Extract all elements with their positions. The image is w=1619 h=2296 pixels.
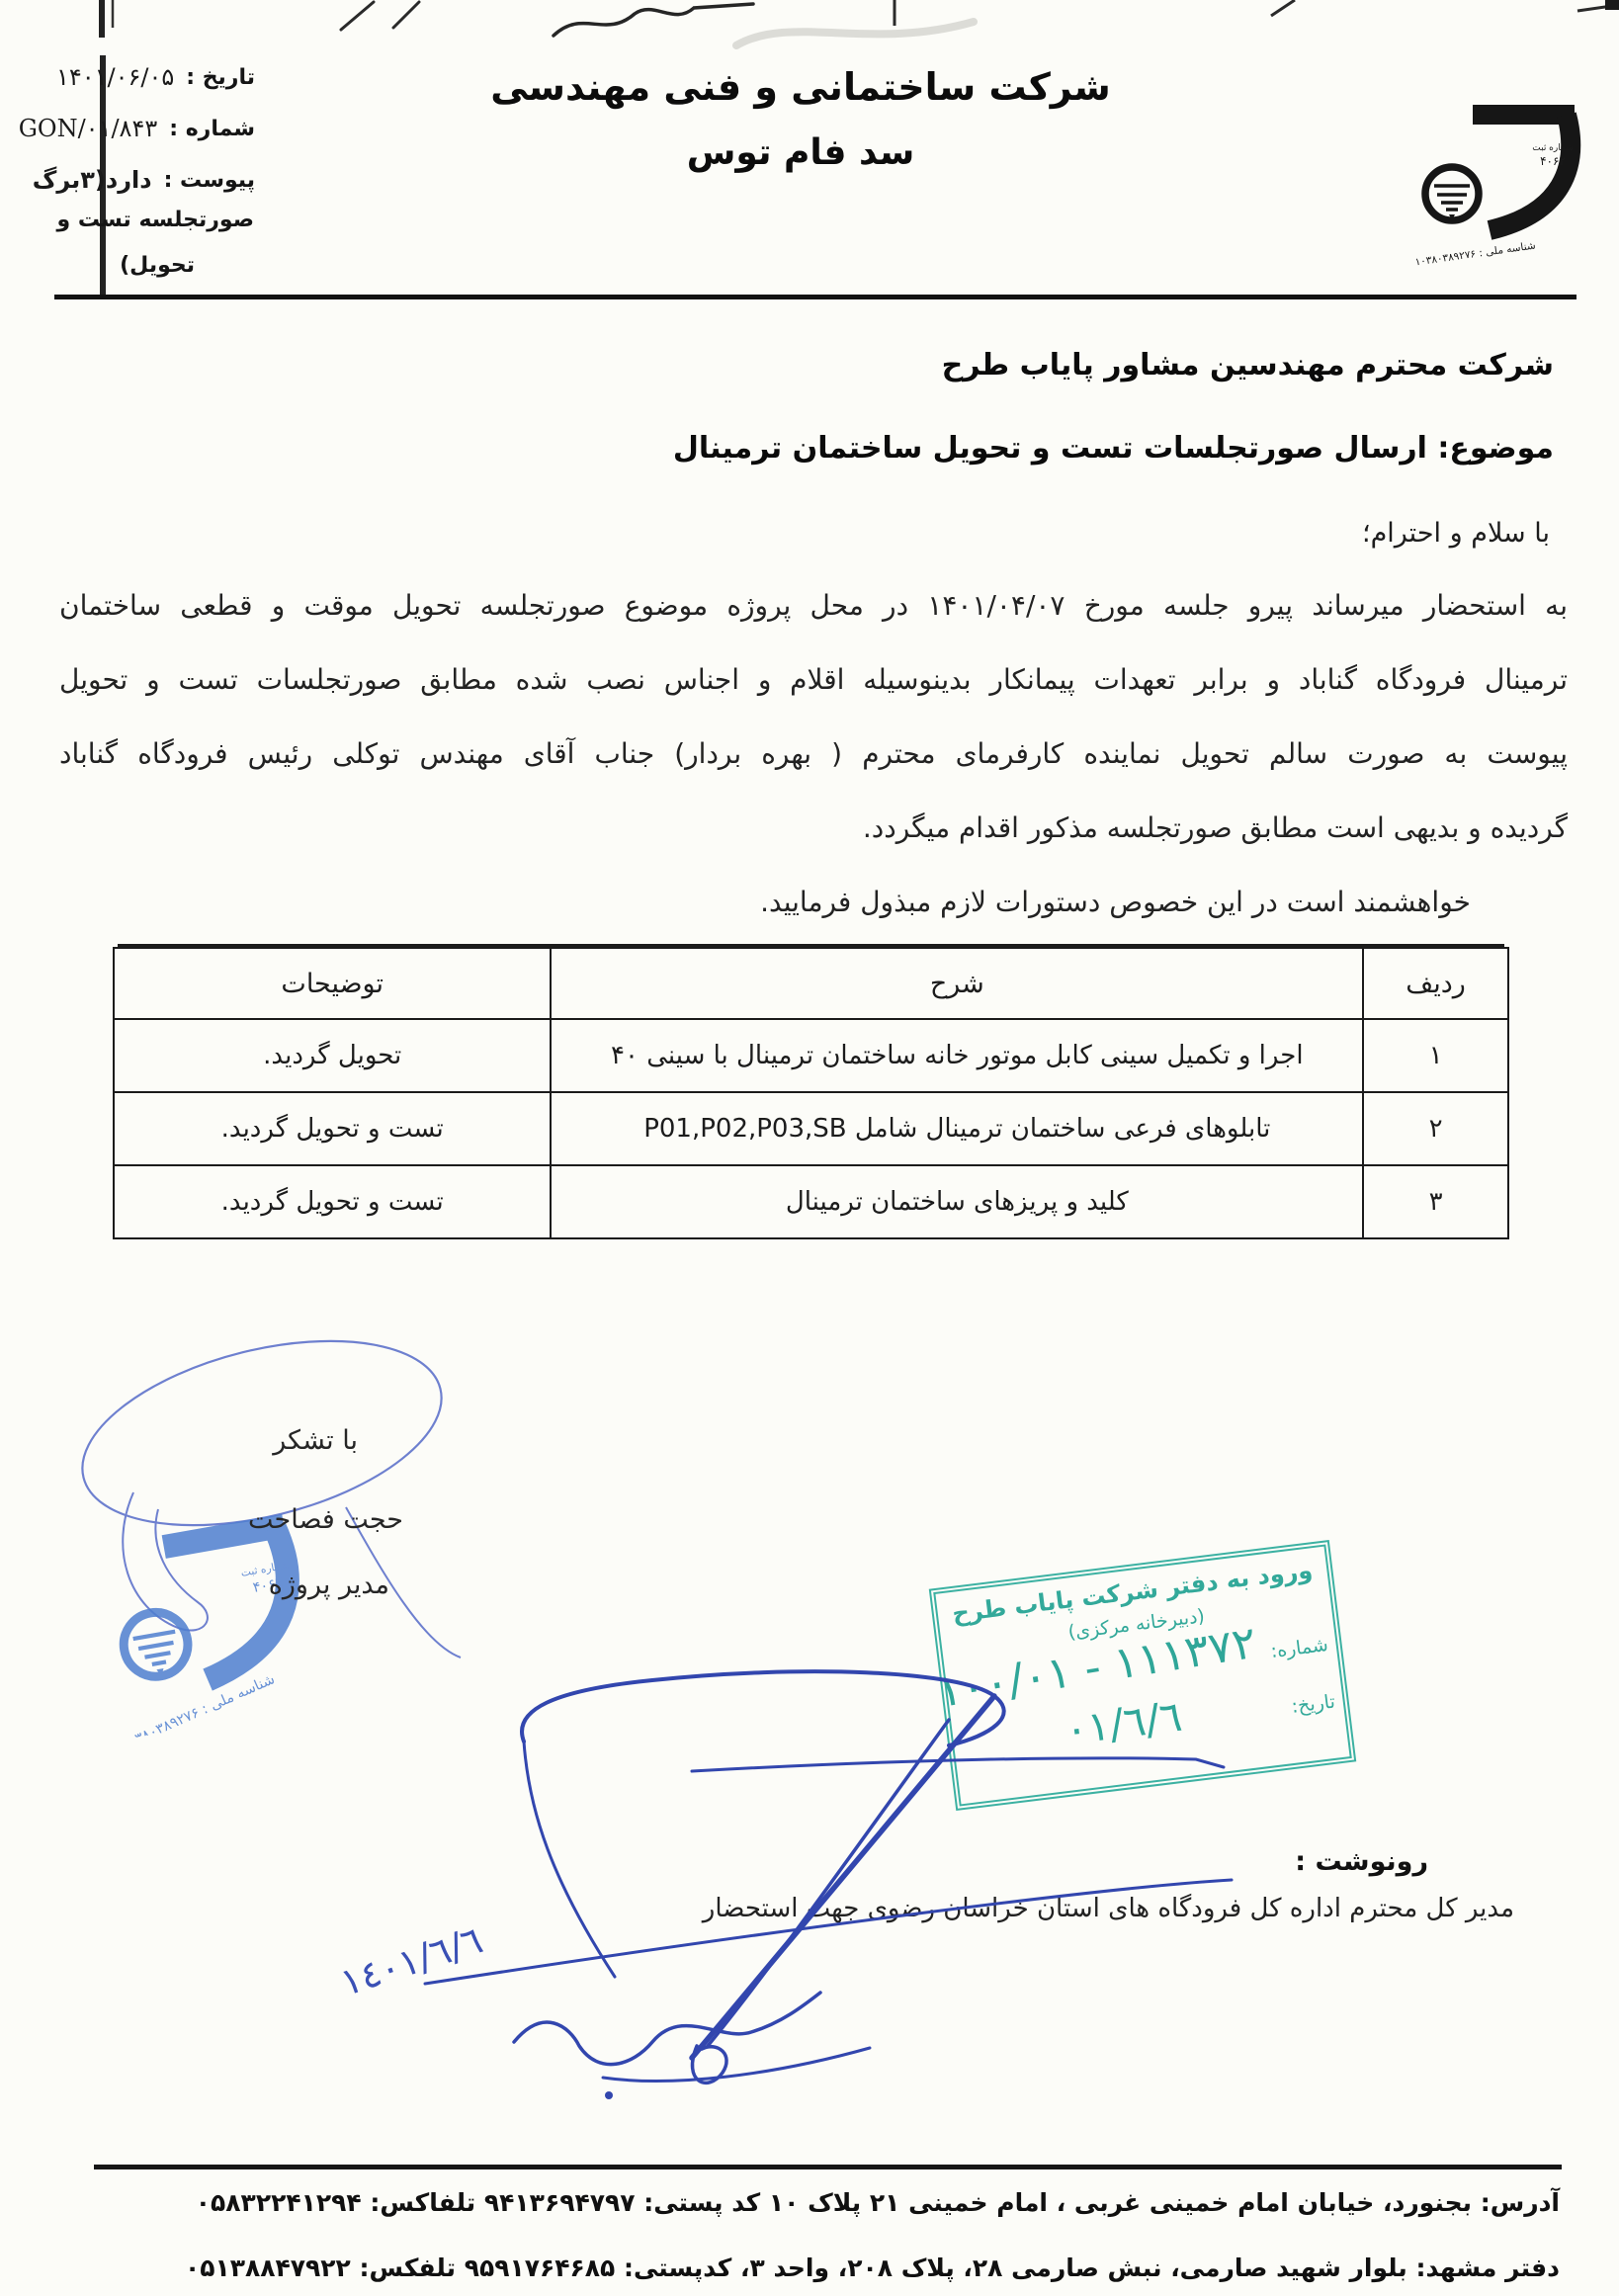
signatory-role: مدیر پروژه	[231, 1570, 389, 1600]
number-label: شماره :	[169, 117, 255, 141]
stamp-national-id: شناسه ملی : ۱۰۳۸۰۳۸۹۲۷۶	[119, 1671, 277, 1739]
company-name: شرکت ساختمانی و فنی مهندسی	[465, 65, 1137, 109]
entry-stamp-date-label: تاریخ:	[1290, 1691, 1336, 1718]
table-row: ۲ تابلوهای فرعی ساختمان ترمینال شامل P01…	[114, 1092, 1508, 1165]
attachment-continuation-1: صورتجلسه تست و	[74, 208, 254, 232]
number-value: GON/۰۱/۸۴۳	[19, 115, 157, 142]
closing-thanks: با تشکر	[249, 1425, 358, 1456]
svg-text:سد فام توس: سد فام توس	[1416, 51, 1422, 54]
table-row: ۳ کلید و پریزهای ساختمان ترمینال تست و ت…	[114, 1165, 1508, 1238]
header-divider-line	[54, 295, 1576, 299]
meta-row-attachment: پیوست : دارد(۳برگ	[18, 154, 255, 206]
logo-side-text: سد فام توس	[1416, 51, 1422, 54]
date-label: تاریخ :	[186, 65, 255, 90]
cell-description: اجرا و تکمیل سینی کابل موتور خانه ساختما…	[551, 1019, 1363, 1092]
meta-row-number: شماره : GON/۰۱/۸۴۳	[18, 103, 255, 154]
cell-description: کلید و پریزهای ساختمان ترمینال	[551, 1165, 1363, 1238]
signature-scribble-icon	[356, 1651, 1265, 2105]
body-line: به استحضار میرساند پیرو جلسه مورخ ۱۴۰۱/۰…	[59, 589, 1568, 622]
table-header-row: ردیف شرح توضیحات	[114, 948, 1508, 1019]
body-line: خواهشمند است در این خصوص دستورات لازم مب…	[59, 886, 1471, 918]
cell-row-number: ۲	[1363, 1092, 1508, 1165]
body-line: پیوست به صورت سالم تحویل نماینده کارفرما…	[59, 737, 1568, 770]
cell-description: تابلوهای فرعی ساختمان ترمینال شامل P01,P…	[551, 1092, 1363, 1165]
cell-notes: تست و تحویل گردید.	[114, 1092, 551, 1165]
company-logo-icon: شرکت ساختمانی و فنی مهندسی سد فام توس شم…	[1416, 51, 1616, 267]
recipient-line: شرکت محترم مهندسین مشاور پایاب طرح	[942, 348, 1554, 383]
footer-address-bojnord: آدرس: بجنورد، خیابان امام خمینی غربی ، ا…	[196, 2188, 1560, 2217]
date-value: ۱۴۰۱/۰۶/۰۵	[56, 63, 174, 91]
items-table: ردیف شرح توضیحات ۱ اجرا و تکمیل سینی کاب…	[113, 947, 1509, 1239]
meta-row-date: تاریخ : ۱۴۰۱/۰۶/۰۵	[18, 51, 255, 103]
entry-stamp-number-label: شماره:	[1269, 1634, 1328, 1662]
logo-reg-label: شماره ثبت	[1532, 143, 1573, 153]
body-line: ترمینال فرودگاه گناباد و برابر تعهدات پی…	[59, 663, 1568, 696]
header-cell-row: ردیف	[1363, 948, 1508, 1019]
svg-text:شرکت ساختمانی و فنی مهندسی: شرکت ساختمانی و فنی مهندسی	[1416, 51, 1421, 54]
letterhead-meta: تاریخ : ۱۴۰۱/۰۶/۰۵ شماره : GON/۰۱/۸۴۳ پی…	[18, 51, 255, 206]
footer-divider-line	[94, 2165, 1562, 2169]
header-cell-notes: توضیحات	[114, 948, 551, 1019]
logo-arc-text: شرکت ساختمانی و فنی مهندسی	[1416, 51, 1421, 54]
company-name-line2: سد فام توس	[465, 132, 1137, 173]
subject-line: موضوع: ارسال صورتجلسات تست و تحویل ساختم…	[673, 431, 1554, 466]
attachment-value: دارد(۳برگ	[33, 166, 152, 194]
cell-notes: تحویل گردید.	[114, 1019, 551, 1092]
attachment-label: پیوست :	[164, 168, 255, 193]
body-line: گردیده و بدیهی است مطابق صورتجلسه مذکور …	[59, 811, 1568, 844]
scanned-letter-page: تاریخ : ۱۴۰۱/۰۶/۰۵ شماره : GON/۰۱/۸۴۳ پی…	[0, 0, 1619, 2296]
header-cell-description: شرح	[551, 948, 1363, 1019]
attachment-continuation-2: تحویل)	[74, 253, 195, 278]
signatory-name: حجت فصاحت	[225, 1504, 403, 1535]
cc-label: رونوشت :	[1295, 1846, 1428, 1877]
table-row: ۱ اجرا و تکمیل سینی کابل موتور خانه ساخت…	[114, 1019, 1508, 1092]
footer-address-mashhad: دفتر مشهد: بلوار شهید صارمی، نبش صارمی ۲…	[185, 2253, 1560, 2282]
cell-notes: تست و تحویل گردید.	[114, 1165, 551, 1238]
logo-reg-value: ۴۰۶۲	[1540, 154, 1566, 168]
logo-national-id: شناسه ملی : ۱۰۳۸۰۳۸۹۲۷۶	[1416, 240, 1536, 267]
salutation-line: با سلام و احترام؛	[1362, 518, 1550, 549]
cell-row-number: ۱	[1363, 1019, 1508, 1092]
cell-row-number: ۳	[1363, 1165, 1508, 1238]
